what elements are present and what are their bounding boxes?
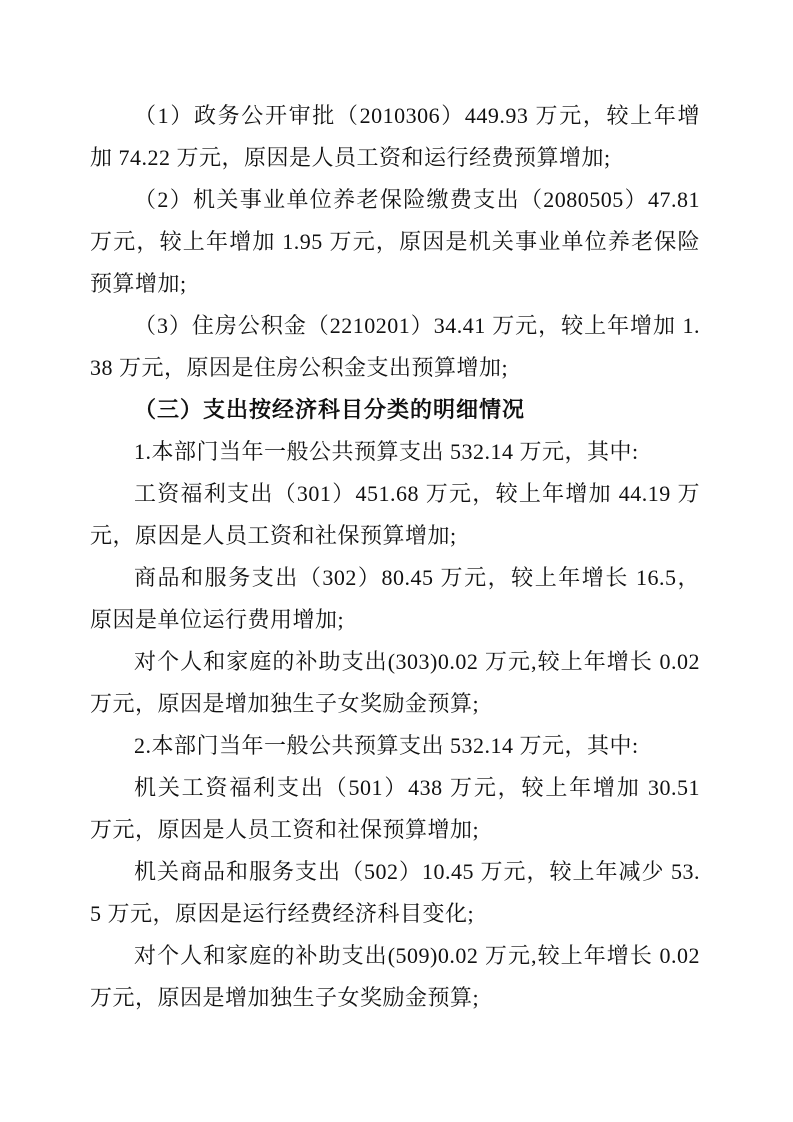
para-salary-welfare-301: 工资福利支出（301）451.68 万元，较上年增加 44.19 万元，原因是人…	[90, 473, 700, 557]
para-org-salary-welfare-501: 机关工资福利支出（501）438 万元，较上年增加 30.51 万元，原因是人员…	[90, 767, 700, 851]
para-org-goods-services-502: 机关商品和服务支出（502）10.45 万元，较上年减少 53.5 万元，原因是…	[90, 851, 700, 935]
para-pension-contribution: （2）机关事业单位养老保险缴费支出（2080505）47.81 万元，较上年增加…	[90, 179, 700, 305]
para-individual-family-subsidy-303: 对个人和家庭的补助支出(303)0.02 万元,较上年增长 0.02 万元，原因…	[90, 641, 700, 725]
para-goods-services-302: 商品和服务支出（302）80.45 万元，较上年增长 16.5，原因是单位运行费…	[90, 557, 700, 641]
para-individual-family-subsidy-509: 对个人和家庭的补助支出(509)0.02 万元,较上年增长 0.02 万元，原因…	[90, 935, 700, 1019]
para-general-budget-total-2: 2.本部门当年一般公共预算支出 532.14 万元，其中:	[90, 725, 700, 767]
para-general-budget-total-1: 1.本部门当年一般公共预算支出 532.14 万元，其中:	[90, 431, 700, 473]
para-gov-affairs-disclosure: （1）政务公开审批（2010306）449.93 万元，较上年增加 74.22 …	[90, 95, 700, 179]
section-heading-economic-classification: （三）支出按经济科目分类的明细情况	[90, 389, 700, 431]
para-housing-fund: （3）住房公积金（2210201）34.41 万元，较上年增加 1.38 万元，…	[90, 305, 700, 389]
document-page: （1）政务公开审批（2010306）449.93 万元，较上年增加 74.22 …	[0, 0, 793, 1122]
document-body: （1）政务公开审批（2010306）449.93 万元，较上年增加 74.22 …	[90, 95, 700, 1019]
